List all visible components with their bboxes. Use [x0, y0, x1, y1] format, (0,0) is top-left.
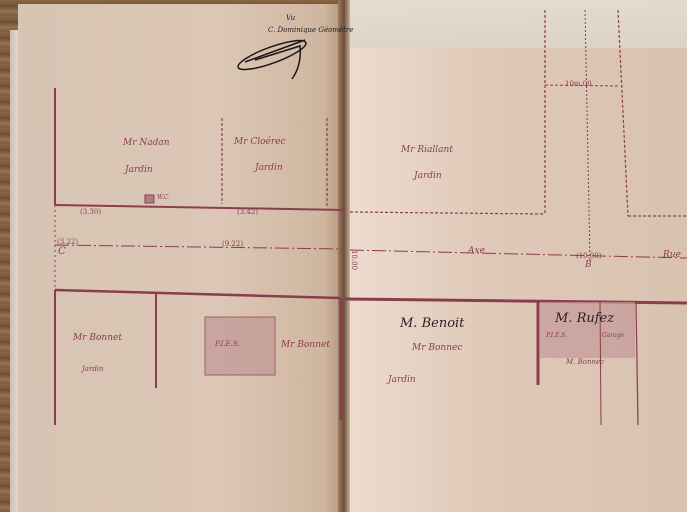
dim-top-width: 10m 00	[565, 80, 592, 88]
dim-mid-offset: (9.22)	[222, 240, 243, 248]
owner-bonnet-2: Mr Bonnet	[281, 340, 330, 350]
dim-b-offset: (10.00)	[576, 252, 602, 260]
use-nadan: Jardin	[125, 165, 153, 175]
signature-surveyor: C. Dominique Géomètre	[268, 26, 353, 34]
building-pies-1: P.I.E.S.	[215, 340, 240, 348]
use-riallant: Jardin	[414, 171, 442, 181]
use-bonnet-1: Jardin	[82, 365, 104, 373]
owner-bonnec-1: Mr Bonnec	[412, 343, 462, 353]
dim-left-frontage: (3.30)	[80, 208, 101, 216]
owner-nadan: Mr Nadan	[123, 138, 170, 148]
dim-vertical: 10.00	[350, 250, 358, 270]
axis-label: Axe	[468, 246, 485, 256]
building-pies-2: P.I.E.S.	[546, 332, 567, 339]
garage-label: Garage	[602, 332, 624, 339]
use-cloerec: Jardin	[255, 163, 283, 173]
signature-vu: Vu	[286, 14, 295, 22]
dim-mid-frontage: (3.42)	[237, 208, 258, 216]
handwritten-rufez: M. Rufez	[555, 311, 614, 326]
owner-bonnet-1: Mr Bonnet	[73, 333, 122, 343]
point-b: B	[585, 260, 592, 270]
owner-riallant: Mr Riallant	[401, 145, 453, 155]
point-c: C	[58, 246, 66, 257]
street-name-label: Rue	[663, 250, 681, 260]
handwritten-benoit: M. Benoit	[400, 316, 464, 331]
owner-cloerec: Mr Cloérec	[234, 137, 286, 147]
owner-bonnec-2: M. Bonnec	[566, 358, 604, 366]
use-bonnec-1: Jardin	[388, 375, 416, 385]
wc-label: W.C.	[157, 194, 170, 201]
dim-c-offset: (3.22)	[57, 238, 78, 246]
